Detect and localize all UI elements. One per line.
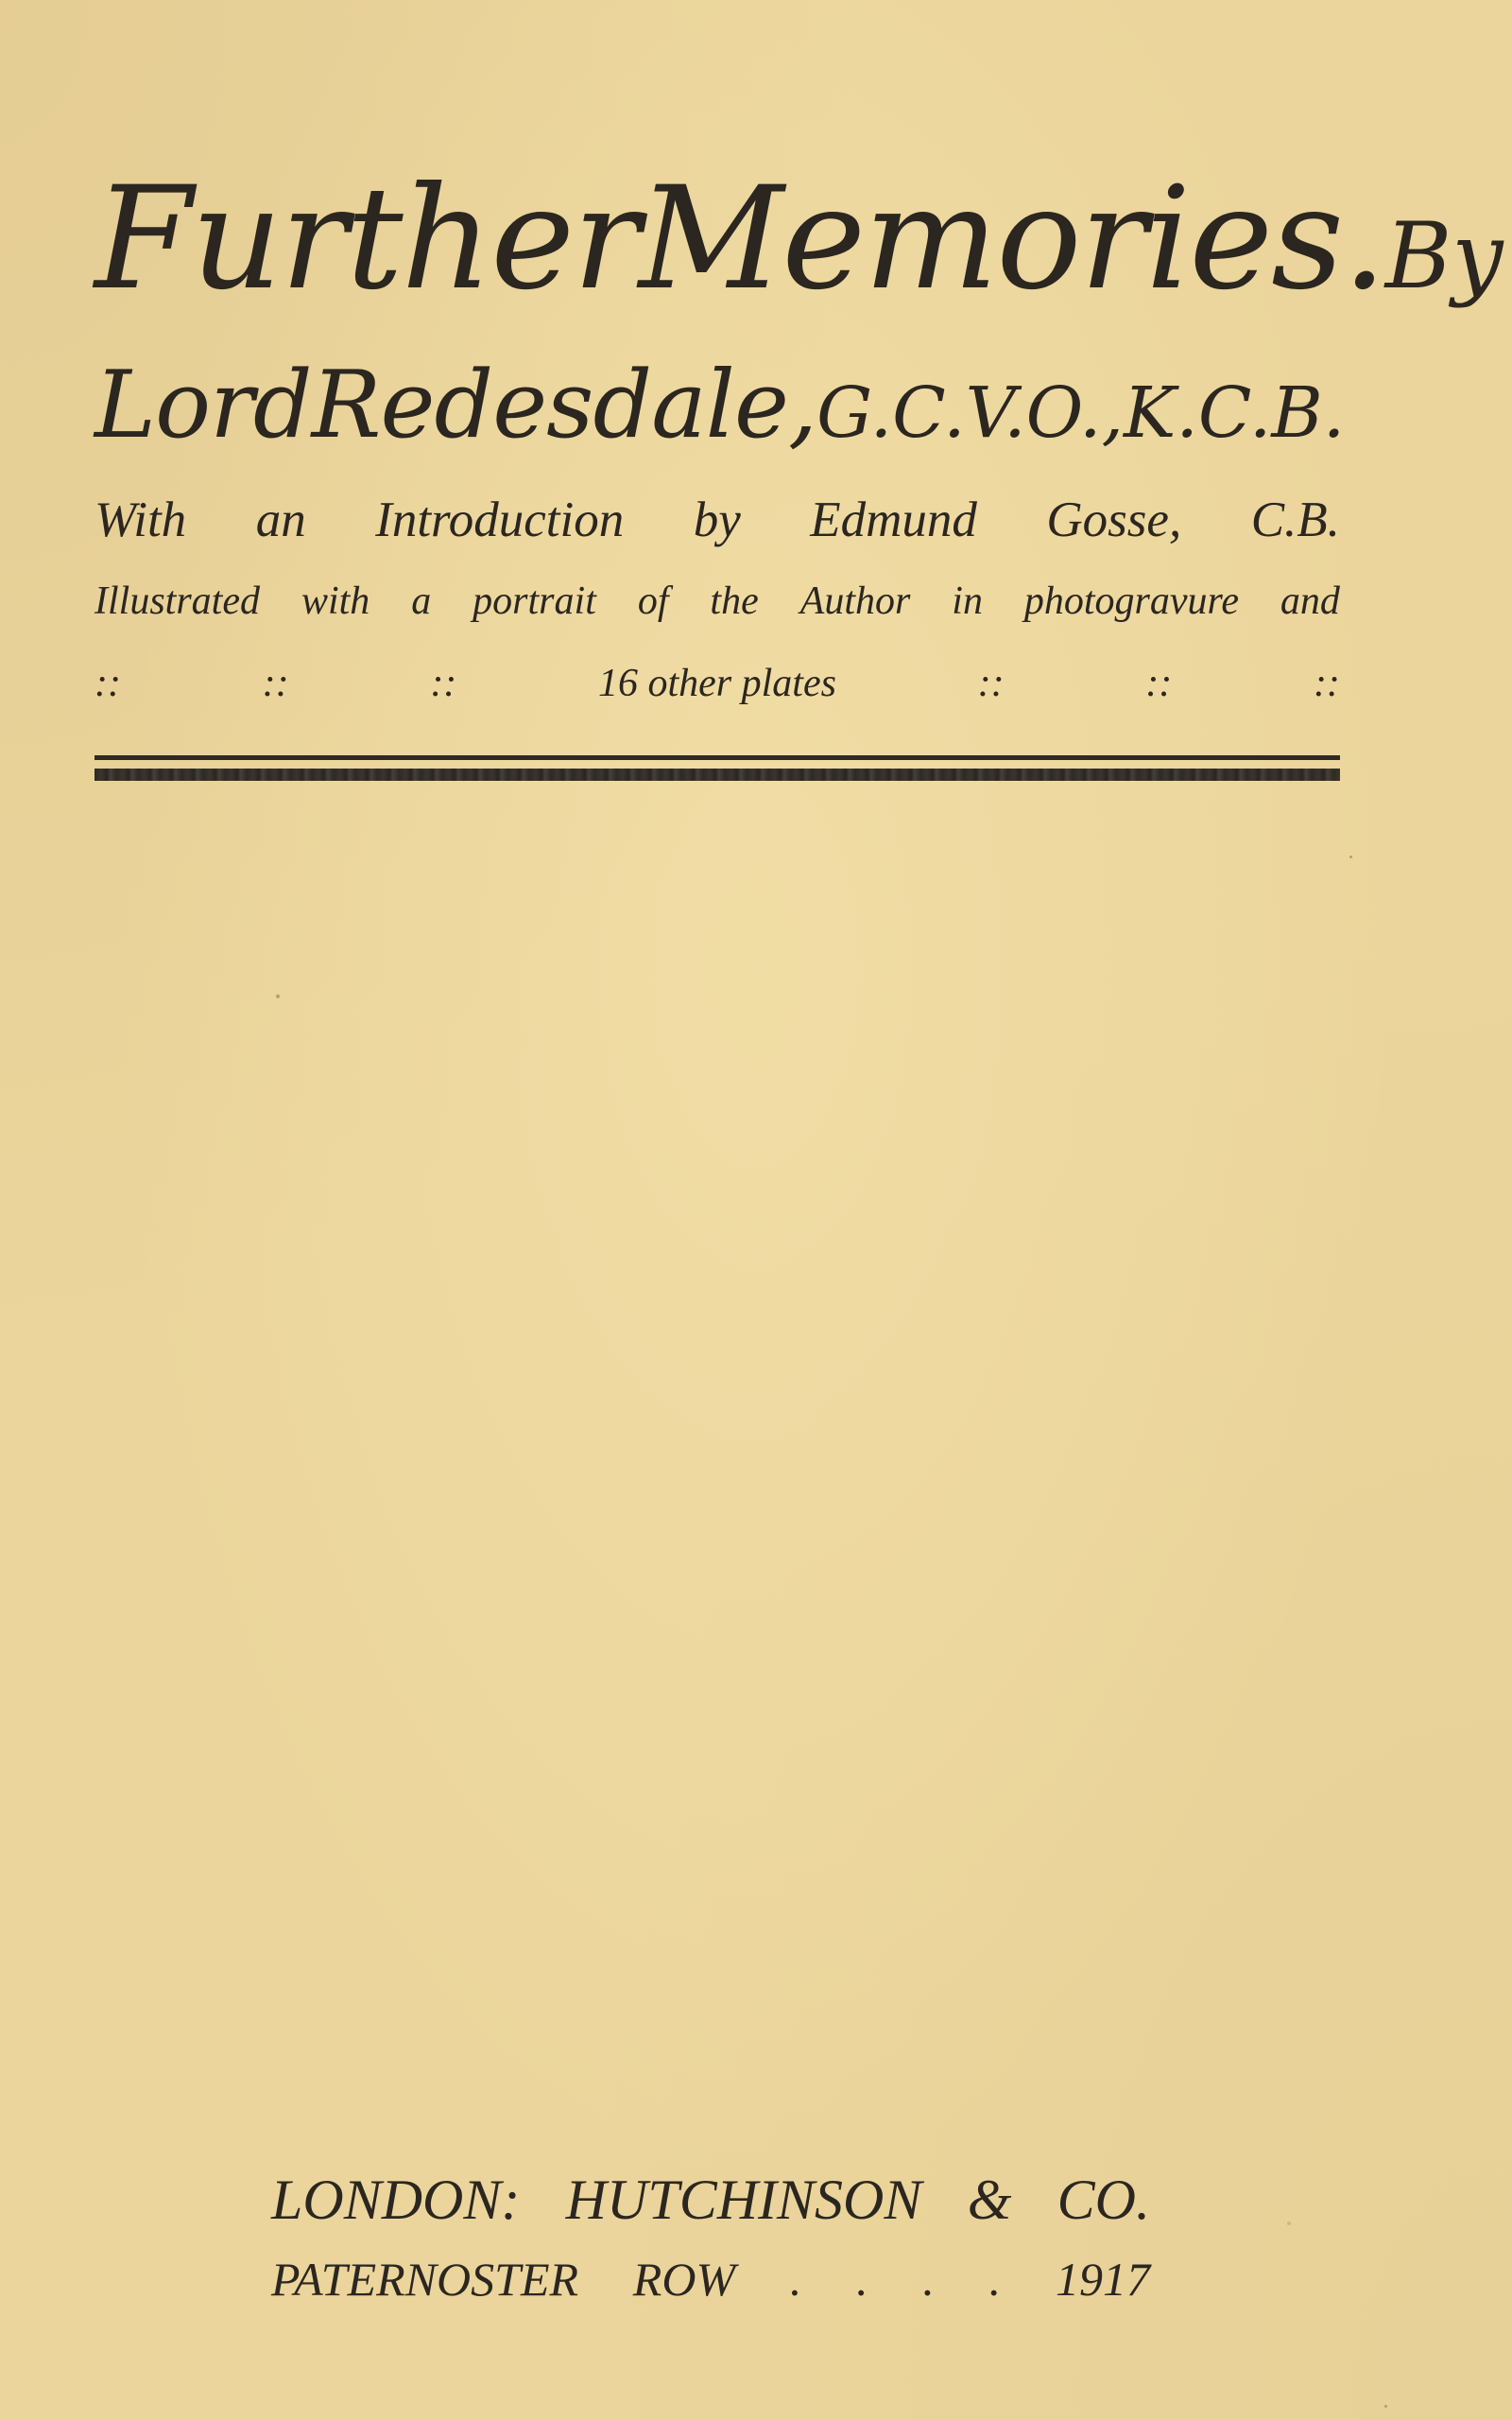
illustration-word: of (638, 581, 669, 621)
intro-word: an (256, 495, 306, 545)
illustration-word: Illustrated (94, 581, 260, 621)
ornament-colon-icon: :: (1145, 664, 1172, 703)
ornament-colon-icon: :: (94, 664, 121, 703)
leader-dot: . (790, 2256, 802, 2303)
intro-word: Gosse, (1046, 495, 1181, 545)
imprint-word: LONDON: (271, 2171, 520, 2228)
imprint-ampersand: & (968, 2171, 1012, 2228)
plates-text: 16 other plates (598, 664, 836, 703)
illustration-word: portrait (472, 581, 596, 621)
author-honour: G.C.V.O., (816, 378, 1124, 448)
divider-rule-thick (94, 769, 1340, 781)
illustration-word: with (301, 581, 369, 621)
imprint-word: CO. (1057, 2171, 1150, 2228)
publication-year: 1917 (1056, 2256, 1150, 2303)
illustration-word: in (952, 581, 983, 621)
imprint-word: PATERNOSTER (271, 2256, 578, 2303)
intro-word: Edmund (810, 495, 977, 545)
illustration-word: and (1280, 581, 1340, 621)
imprint-word: HUTCHINSON (566, 2171, 922, 2228)
intro-word: by (694, 495, 741, 545)
author-word: Lord (94, 359, 312, 452)
illustration-word: a (411, 581, 431, 621)
title-by: By (1385, 211, 1503, 302)
book-title: Further Memories. By (94, 168, 1340, 310)
leader-dot: . (922, 2256, 935, 2303)
introduction-credit: With an Introduction by Edmund Gosse, C.… (94, 495, 1340, 545)
ornament-colon-icon: :: (263, 664, 289, 703)
paper-speck (276, 994, 280, 998)
ornament-colon-icon: :: (430, 664, 456, 703)
divider-rule-thin (94, 755, 1340, 760)
paper-speck (1384, 2405, 1387, 2408)
leader-dot: . (856, 2256, 868, 2303)
illustration-word: the (710, 581, 758, 621)
author-word: Redesdale, (312, 359, 816, 452)
leader-dot: . (989, 2256, 1002, 2303)
author-name: Lord Redesdale, G.C.V.O., K.C.B. (94, 359, 1340, 452)
paper-speck (1349, 856, 1352, 858)
paper-speck (1287, 2221, 1291, 2225)
title-word: Memories. (639, 168, 1385, 310)
plates-note: :: :: :: 16 other plates :: :: :: (94, 664, 1340, 703)
title-word: Further (94, 168, 639, 310)
publisher-imprint: LONDON: HUTCHINSON & CO. (271, 2171, 1150, 2228)
illustration-word: Author (800, 581, 911, 621)
illustration-word: photogravure (1024, 581, 1239, 621)
illustration-note: Illustrated with a portrait of the Autho… (94, 581, 1340, 621)
ornament-colon-icon: :: (1314, 664, 1340, 703)
intro-word: Introduction (375, 495, 624, 545)
intro-word: C.B. (1251, 495, 1340, 545)
intro-word: With (94, 495, 186, 545)
ornament-colon-icon: :: (978, 664, 1005, 703)
author-honour: K.C.B. (1124, 378, 1345, 448)
title-page: Further Memories. By Lord Redesdale, G.C… (0, 0, 1512, 2420)
publisher-address-year: PATERNOSTER ROW . . . . 1917 (271, 2256, 1150, 2303)
imprint-word: ROW (633, 2256, 735, 2303)
